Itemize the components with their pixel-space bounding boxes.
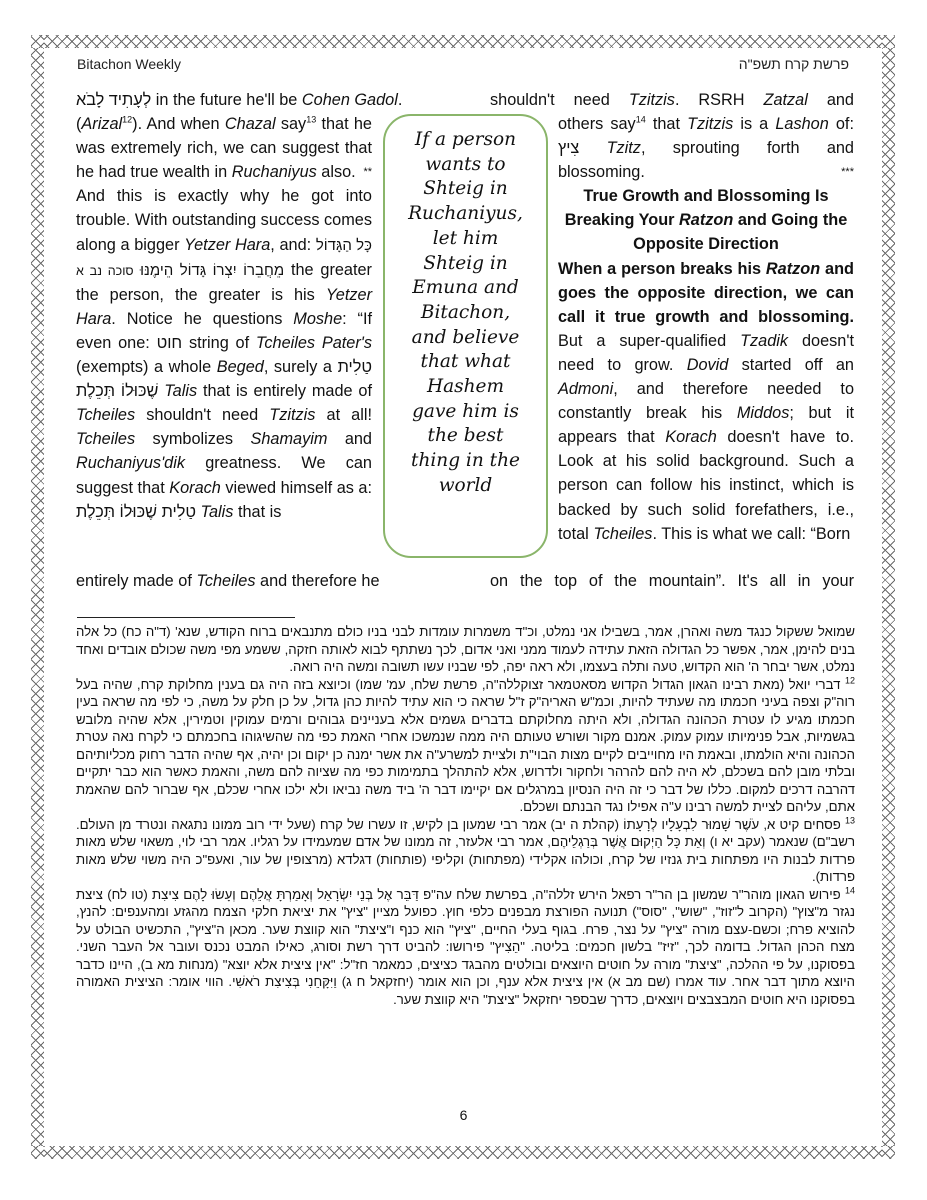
- pull-quote-line: let him: [385, 227, 546, 252]
- pull-quote-box: If a person wants to Shteig in Ruchaniyu…: [383, 114, 548, 558]
- publication-title: Bitachon Weekly: [77, 56, 181, 72]
- col2-last-line: on the top of the mountain”. It's all in…: [490, 569, 854, 593]
- col1-line1: לְעָתִיד לָבֹא in the future he'll be Co…: [76, 88, 456, 112]
- footnote-14: 14 פירוש הגאון מוהר"ר שמשון בן הר"ר רפאל…: [76, 886, 855, 1009]
- footnote-13: 13 פסחים קיט א, עֹשֶׁר שָׁמוּר לִבְעָלָי…: [76, 816, 855, 886]
- pull-quote-line: world: [385, 474, 546, 499]
- col1-paragraph-2: And this is exactly why he got into trou…: [76, 184, 372, 523]
- section-heading: True Growth and Blossoming Is Breaking Y…: [558, 184, 854, 256]
- col2-paragraph-1: others say14 that Tzitzis is a Lashon of…: [558, 112, 854, 184]
- pull-quote-line: If a person: [385, 128, 546, 153]
- pull-quote-line: Shteig in: [385, 177, 546, 202]
- col1-last-line: entirely made of Tcheiles and therefore …: [76, 569, 466, 593]
- footnote-12: 12 דברי יואל (מאת רבינו הגאון הגדול הקדו…: [76, 676, 855, 816]
- col2-paragraph-2: When a person breaks his Ratzon and goes…: [558, 257, 854, 546]
- pull-quote-line: Shteig in: [385, 252, 546, 277]
- pull-quote-line: gave him is: [385, 400, 546, 425]
- article-column-right: others say14 that Tzitzis is a Lashon of…: [558, 112, 854, 546]
- pull-quote-line: thing in the: [385, 449, 546, 474]
- pull-quote-line: and believe: [385, 326, 546, 351]
- section-break-stars: **: [363, 160, 372, 184]
- pull-quote-line: wants to: [385, 153, 546, 178]
- col1-paragraph-1: (Arizal12). And when Chazal say13 that h…: [76, 112, 372, 184]
- pull-quote-line: Hashem: [385, 375, 546, 400]
- footnotes: שמואל ששקול כנגד משה ואהרן, אמר, בשבילו …: [76, 623, 855, 1008]
- footnote-separator: [77, 617, 295, 618]
- pull-quote-line: the best: [385, 424, 546, 449]
- article-column-left: לְעָתִיד לָבֹא in the future he'll be Co…: [76, 88, 372, 524]
- col2-line1: shouldn't need Tzitzis. RSRH Zatzal and: [490, 88, 854, 112]
- page-number: 6: [0, 1107, 927, 1123]
- section-break-stars: ***: [841, 160, 854, 184]
- pull-quote-line: Bitachon,: [385, 301, 546, 326]
- parsha-title: פרשת קרח תשפ"ה: [739, 56, 849, 72]
- pull-quote-line: Ruchaniyus,: [385, 202, 546, 227]
- pull-quote-line: that what: [385, 350, 546, 375]
- footnote-continued: שמואל ששקול כנגד משה ואהרן, אמר, בשבילו …: [76, 623, 855, 676]
- pull-quote-line: Emuna and: [385, 276, 546, 301]
